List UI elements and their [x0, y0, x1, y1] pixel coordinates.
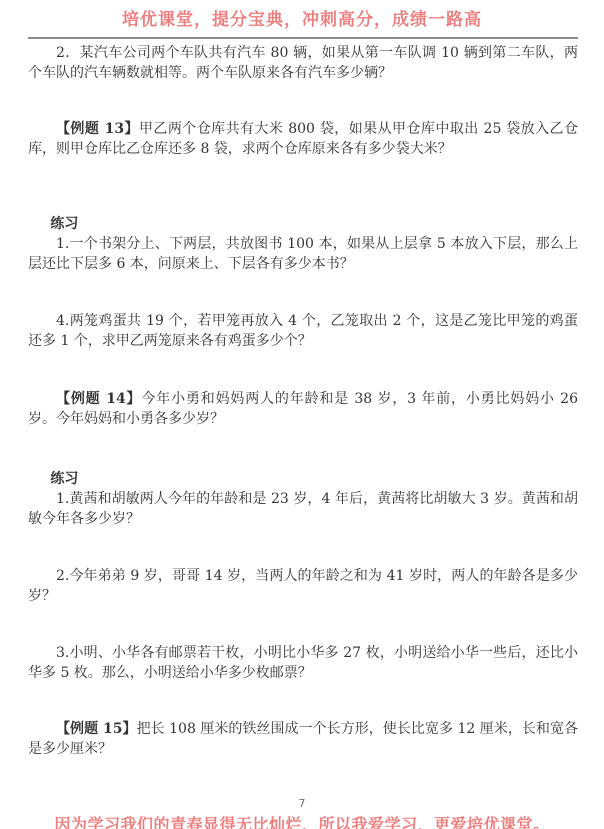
problem-intro-2: 2．某汽车公司两个车队共有汽车 80 辆，如果从第一车队调 10 辆到第二车队，… — [28, 43, 578, 83]
practice-b-item-2: 2.今年弟弟 9 岁，哥哥 14 岁，当两人的年龄之和为 41 岁时，两人的年龄… — [28, 566, 578, 606]
footer-slogan: 因为学习我们的青春显得无比灿烂，所以我爱学习，更爱培优课堂。 — [0, 815, 604, 829]
practice-b-heading: 练习 — [28, 469, 578, 489]
example-14: 【例题 14】今年小勇和妈妈两人的年龄和是 38 岁，3 年前，小勇比妈妈小 2… — [28, 389, 578, 429]
practice-a-item-1: 1.一个书架分上、下两层，共放图书 100 本，如果从上层拿 5 本放入下层，那… — [28, 234, 578, 274]
example-14-label: 【例题 14】 — [56, 391, 141, 407]
example-15-label: 【例题 15】 — [56, 721, 137, 737]
header-slogan: 培优课堂，提分宝典，冲刺高分，成绩一路高 — [0, 0, 604, 31]
worksheet-page: 培优课堂，提分宝典，冲刺高分，成绩一路高 2．某汽车公司两个车队共有汽车 80 … — [0, 0, 604, 829]
example-13-label: 【例题 13】 — [56, 121, 139, 137]
practice-b-item-3: 3.小明、小华各有邮票若干枚，小明比小华多 27 枚，小明送给小华一些后，还比小… — [28, 643, 578, 683]
header-rule — [28, 37, 578, 39]
practice-a-heading: 练习 — [28, 214, 578, 234]
page-number: 7 — [0, 797, 604, 810]
practice-b-item-1: 1.黄茜和胡敏两人今年的年龄和是 23 岁，4 年后，黄茜将比胡敏大 3 岁。黄… — [28, 489, 578, 529]
example-13: 【例题 13】甲乙两个仓库共有大米 800 袋，如果从甲仓库中取出 25 袋放入… — [28, 119, 578, 159]
practice-a-item-4: 4.两笼鸡蛋共 19 个，若甲笼再放入 4 个，乙笼取出 2 个，这是乙笼比甲笼… — [28, 311, 578, 351]
example-15: 【例题 15】把长 108 厘米的铁丝围成一个长方形，使长比宽多 12 厘米，长… — [28, 719, 578, 759]
